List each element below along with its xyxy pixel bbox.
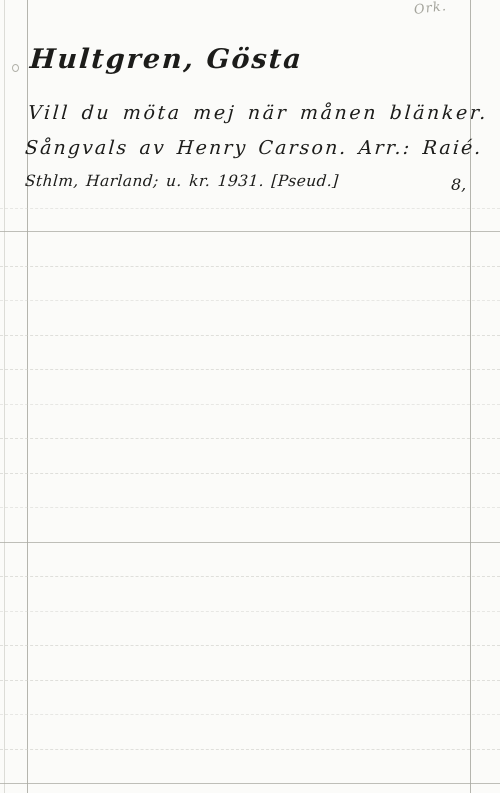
ruled-line xyxy=(0,783,500,784)
ruled-line xyxy=(0,300,500,301)
ruled-line xyxy=(0,231,500,232)
card-text-line-title: Vill du möta mej när månen blänker. xyxy=(27,102,489,124)
card-text-line-credits: Sångvals av Henry Carson. Arr.: Raié. xyxy=(24,137,483,159)
ruled-line xyxy=(0,369,500,370)
ruled-line xyxy=(0,645,500,646)
catalog-card: Ork. Hultgren, Gösta Vill du möta mej nä… xyxy=(0,0,500,793)
ruled-line xyxy=(0,680,500,681)
ruled-line xyxy=(0,576,500,577)
margin-circle-mark xyxy=(12,64,19,72)
ruled-line xyxy=(0,611,500,612)
ruled-line xyxy=(0,542,500,543)
ruled-line xyxy=(0,507,500,508)
shelf-number: 8, xyxy=(451,175,466,194)
corner-annotation: Ork. xyxy=(413,0,447,18)
card-text-line-imprint: Sthlm, Harland; u. kr. 1931. [Pseud.] xyxy=(24,172,339,190)
ruled-line xyxy=(0,404,500,405)
ruled-line xyxy=(0,438,500,439)
ruled-line xyxy=(0,335,500,336)
ruled-line xyxy=(0,473,500,474)
ruled-line xyxy=(0,749,500,750)
ruled-line xyxy=(0,208,500,209)
card-heading: Hultgren, Gösta xyxy=(29,44,304,75)
left-margin-line-outer xyxy=(4,0,5,793)
ruled-line xyxy=(0,266,500,267)
ruled-line xyxy=(0,714,500,715)
